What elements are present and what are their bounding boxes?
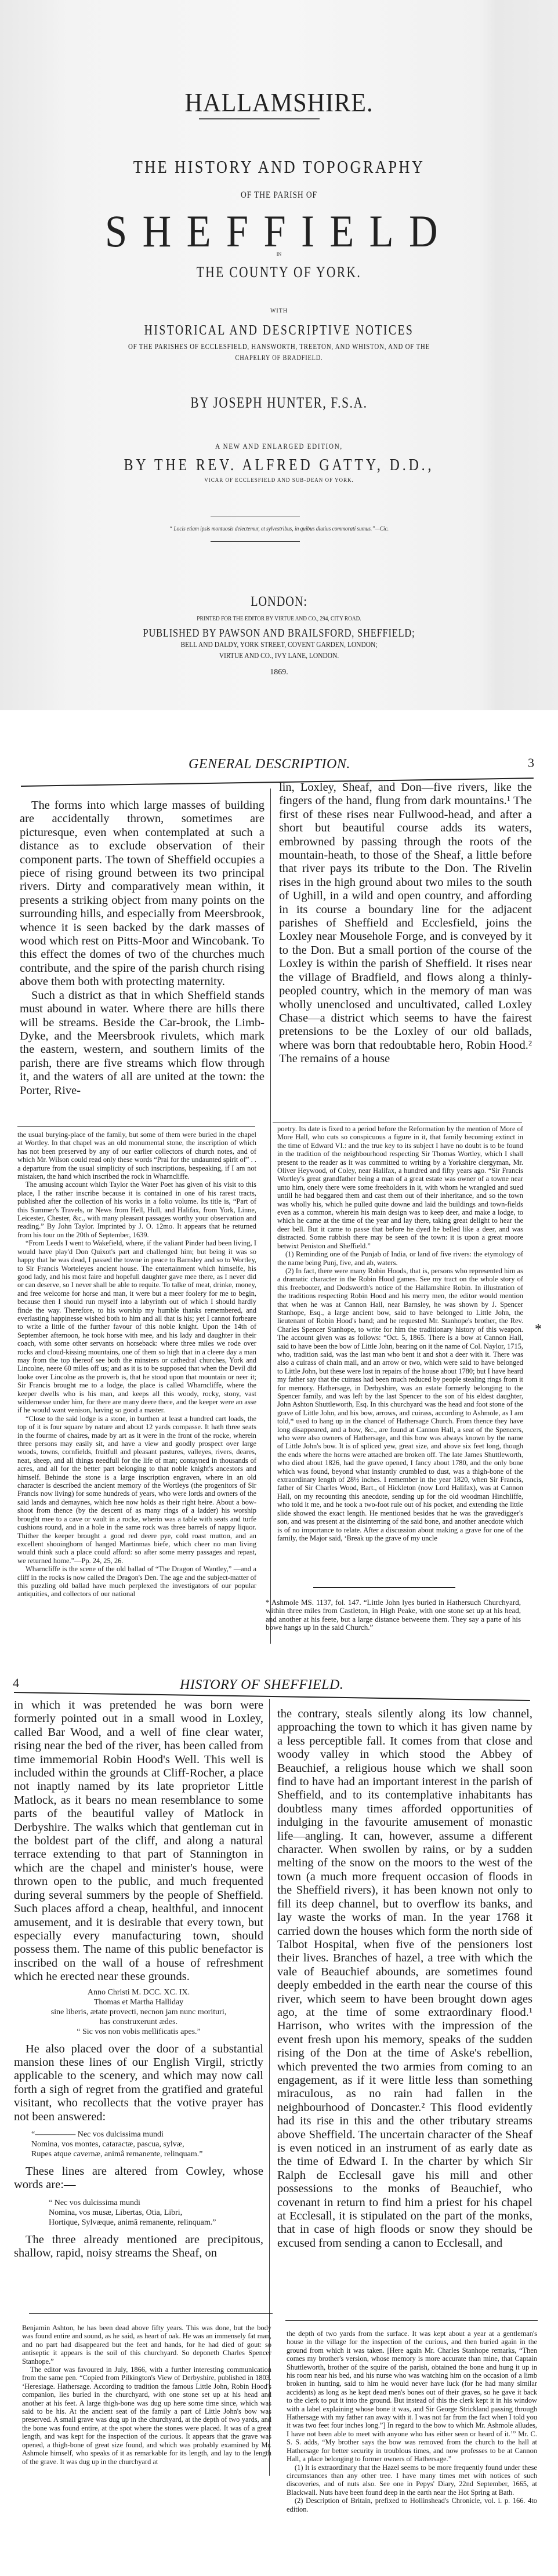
column-divider — [270, 789, 271, 1644]
footnote-text: (1) Reminding one of the Punjab of India… — [277, 1250, 523, 1267]
footnotes-left: the usual burying-place of the family, b… — [17, 1131, 256, 1598]
in-word: IN — [0, 252, 558, 257]
right-column: lin, Loxley, Sheaf, and Don—five rivers,… — [279, 781, 532, 1066]
notices-heading: HISTORICAL AND DESCRIPTIVE NOTICES — [50, 323, 508, 339]
footnote-text: (1) It is extraordinary that the Hazel s… — [287, 2464, 537, 2497]
publisher-3: VIRTUE AND CO., IVY LANE, LONDON. — [50, 652, 508, 661]
asterisk-note-rule — [313, 1587, 455, 1588]
page-number: 3 — [528, 755, 534, 771]
inscription-line: sine liberis, ætate provecti, necnon jam… — [14, 2007, 263, 2017]
main-title: HALLAMSHIRE. — [22, 87, 535, 118]
verse-line: Nomina, vos montes, cataractæ, pascua, s… — [31, 2139, 263, 2149]
asterisk-footnote: * Ashmole MS. 1137, fol. 147. “Little Jo… — [266, 1598, 521, 1632]
title-page: HALLAMSHIRE. THE HISTORY AND TOPOGRAPHY … — [0, 0, 558, 710]
chapelry-line: CHAPELRY OF BRADFIELD. — [56, 353, 502, 362]
edition-line: A NEW AND ENLARGED EDITION, — [42, 442, 516, 451]
asterisk-marker: * — [535, 1322, 542, 1338]
imprint-city: LONDON: — [42, 594, 516, 610]
subtitle-of-parish: OF THE PARISH OF — [42, 190, 516, 201]
verse-line: “ Nec vos dulcissima mundi — [49, 2198, 263, 2208]
subtitle-history-topography: THE HISTORY AND TOPOGRAPHY — [42, 157, 516, 177]
editor-title: VICAR OF ECCLESFIELD AND SUB-DEAN OF YOR… — [0, 477, 558, 483]
verse-line: Nomina, vos musæ, Libertas, Otia, Libri, — [49, 2208, 263, 2218]
inscription: Anno Christi M. DCC. XC. IX. Thomas et M… — [14, 1988, 263, 2037]
footnote-text: “Close to the said lodge is a stone, in … — [17, 1415, 256, 1565]
footnote-text: Benjamin Ashton, he has been dead above … — [22, 2324, 271, 2366]
inscription-line: has construxerunt ædes. — [14, 2017, 263, 2027]
footnote-text: “From Leeds I went to Wakefield, where, … — [17, 1239, 256, 1415]
epigraph-rule-top — [211, 517, 300, 517]
paragraph: the contrary, steals silently along its … — [277, 1707, 532, 2250]
inscription-line: Anno Christi M. DCC. XC. IX. — [14, 1988, 263, 1997]
footnote-text: (2) In fact, there were many Robin Hoods… — [277, 1267, 523, 1542]
paragraph: in which it was pretended he was born we… — [14, 1699, 263, 1984]
published-by: PUBLISHED BY PAWSON AND BRAILSFORD, SHEF… — [50, 627, 508, 640]
footnotes-left: Benjamin Ashton, he has been dead above … — [22, 2324, 271, 2466]
page-number: 4 — [13, 1676, 19, 1691]
printed-by: PRINTED FOR THE EDITOR BY VIRTUE AND CO.… — [42, 615, 516, 622]
footnote-rule-right — [273, 1122, 522, 1122]
left-column: in which it was pretended he was born we… — [14, 1699, 263, 2261]
epigraph-rule-bottom — [211, 541, 300, 542]
footnote-text: The editor was favoured in July, 1866, w… — [22, 2366, 271, 2466]
editor-line: BY THE REV. ALFRED GATTY, D.D., — [50, 456, 508, 475]
footnotes-right: poetry. Its date is fixed to a period be… — [277, 1125, 523, 1542]
footnote-text: the depth of two yards from the surface.… — [287, 2330, 537, 2464]
publisher-2: BELL AND DALDY, YORK STREET, COVENT GARD… — [50, 641, 508, 650]
footnotes-right: the depth of two yards from the surface.… — [287, 2330, 537, 2513]
footnote-rule-left — [29, 2313, 273, 2314]
with-word: WITH — [0, 308, 558, 314]
right-column: the contrary, steals silently along its … — [277, 1707, 532, 2250]
verse-line: Rupes atque cavernæ, animâ remanente, re… — [31, 2149, 263, 2159]
footnote-text: poetry. Its date is fixed to a period be… — [277, 1125, 523, 1250]
footnote-rule-left — [17, 1126, 255, 1127]
verse-line: “————— Nec vos dulcissima mundi — [31, 2130, 263, 2139]
footnote-text: the usual burying-place of the family, b… — [17, 1131, 256, 1180]
running-head: HISTORY OF SHEFFIELD. — [180, 1677, 343, 1693]
paragraph: He also placed over the door of a substa… — [14, 2043, 263, 2124]
inscription-line: “ Sic vos non vobis mellificatis apes.” — [14, 2027, 263, 2037]
verse-quote: “————— Nec vos dulcissima mundi Nomina, … — [31, 2130, 263, 2159]
county-line: THE COUNTY OF YORK. — [50, 264, 508, 281]
footnote-text: * Ashmole MS. 1137, fol. 147. “Little Jo… — [266, 1598, 521, 1632]
verse-line: Hortique, Sylvæque, animâ remanente, rel… — [49, 2218, 263, 2228]
footnote-text: (2) Description of Britain, prefixed to … — [287, 2497, 537, 2513]
publication-year: 1869. — [0, 668, 558, 677]
running-head: GENERAL DESCRIPTION. — [189, 757, 350, 772]
paragraph: Such a district as that in which Sheffie… — [20, 989, 264, 1098]
inscription-line: Thomas et Martha Halliday — [14, 1997, 263, 2007]
left-column: The forms into which large masses of bui… — [20, 799, 264, 1098]
place-name: SHEFFIELD — [34, 209, 525, 254]
epigraph: “ Locis etiam ipsis montuosis delectemur… — [42, 525, 516, 532]
paragraph: The three already mentioned are precipit… — [14, 2233, 263, 2261]
title-rule — [199, 118, 320, 119]
footnote-text: The amusing account which Taylor the Wat… — [17, 1180, 256, 1239]
paragraph: These lines are altered from Cowley, who… — [14, 2165, 263, 2192]
parishes-line: OF THE PARISHES OF ECCLESFIELD, HANSWORT… — [61, 343, 497, 352]
verse-quote: “ Nec vos dulcissima mundi Nomina, vos m… — [49, 2198, 263, 2228]
paragraph: lin, Loxley, Sheaf, and Don—five rivers,… — [279, 781, 532, 1066]
footnote-text: Wharncliffe is the scene of the old ball… — [17, 1565, 256, 1598]
paragraph: The forms into which large masses of bui… — [20, 799, 264, 989]
author-line: BY JOSEPH HUNTER, F.S.A. — [50, 394, 508, 412]
footnote-rule-right — [285, 2320, 538, 2321]
